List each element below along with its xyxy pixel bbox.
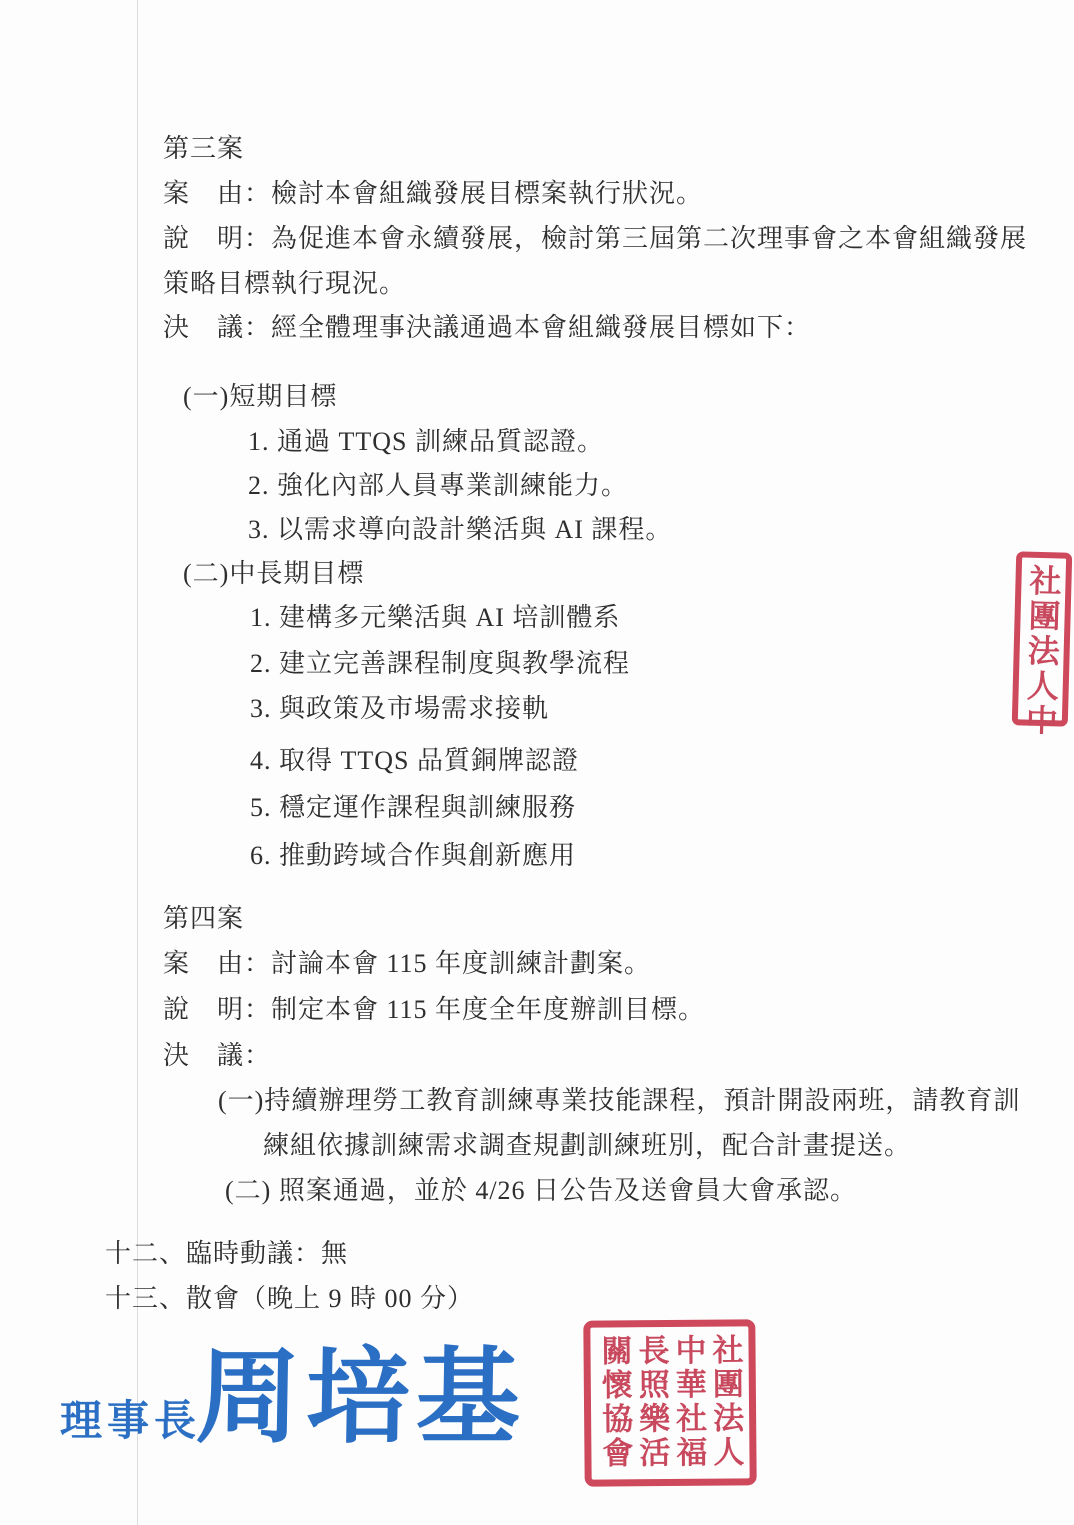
case4-resolution-item1-line1: (一)持續辦理勞工教育訓練專業技能課程，預計開設兩班，請教育訓 (218, 1085, 1020, 1116)
closing-item-12: 十二、臨時動議：無 (105, 1238, 348, 1269)
case4-resolution-label: 決 議： (163, 1040, 271, 1071)
mid-long-term-item: 3. 與政策及市場需求接軌 (250, 693, 549, 724)
case3-description-line2: 策略目標執行現況。 (163, 268, 406, 299)
closing-item-13: 十三、散會（晚上 9 時 00 分） (105, 1283, 474, 1314)
mid-long-term-item: 2. 建立完善課程制度與教學流程 (250, 648, 630, 679)
case3-description-line1: 說 明：為促進本會永續發展，檢討第三屆第二次理事會之本會組織發展 (163, 223, 1027, 254)
chairman-signature: 周培基 (195, 1342, 527, 1456)
short-term-heading: (一)短期目標 (183, 381, 337, 412)
case4-heading: 第四案 (163, 903, 244, 934)
case4-subject: 案 由：討論本會 115 年度訓練計劃案。 (163, 948, 651, 979)
mid-long-term-heading: (二)中長期目標 (183, 558, 364, 589)
short-term-item: 2. 強化內部人員專業訓練能力。 (248, 470, 628, 501)
mid-long-term-item: 1. 建構多元樂活與 AI 培訓體系 (250, 602, 620, 633)
mid-long-term-item: 4. 取得 TTQS 品質銅牌認證 (250, 745, 579, 776)
association-seal: 社團法人中華社福長照樂活關懷協會 (583, 1319, 756, 1486)
edge-seal-clip: 社團法人中華社福 (1002, 546, 1074, 734)
case4-resolution-item2: (二) 照案通過，並於 4/26 日公告及送會員大會承認。 (225, 1175, 857, 1206)
edge-partial-seal: 社團法人中華社福 (1012, 551, 1073, 726)
short-term-item: 1. 通過 TTQS 訓練品質認證。 (248, 426, 604, 457)
case3-resolution: 決 議：經全體理事決議通過本會組織發展目標如下： (163, 312, 811, 343)
short-term-item: 3. 以需求導向設計樂活與 AI 課程。 (248, 514, 672, 545)
scanned-document-page: 第三案 案 由：檢討本會組織發展目標案執行狀況。 說 明：為促進本會永續發展，檢… (0, 0, 1074, 1525)
mid-long-term-item: 6. 推動跨域合作與創新應用 (250, 840, 576, 871)
case3-subject: 案 由：檢討本會組織發展目標案執行狀況。 (163, 178, 703, 209)
case4-description: 說 明：制定本會 115 年度全年度辦訓目標。 (163, 994, 705, 1025)
case4-resolution-item1-line2: 練組依據訓練需求調查規劃訓練班別，配合計畫提送。 (263, 1130, 911, 1161)
case3-heading: 第三案 (163, 133, 244, 164)
mid-long-term-item: 5. 穩定運作課程與訓練服務 (250, 792, 576, 823)
chairman-title: 理事長 (60, 1388, 201, 1448)
